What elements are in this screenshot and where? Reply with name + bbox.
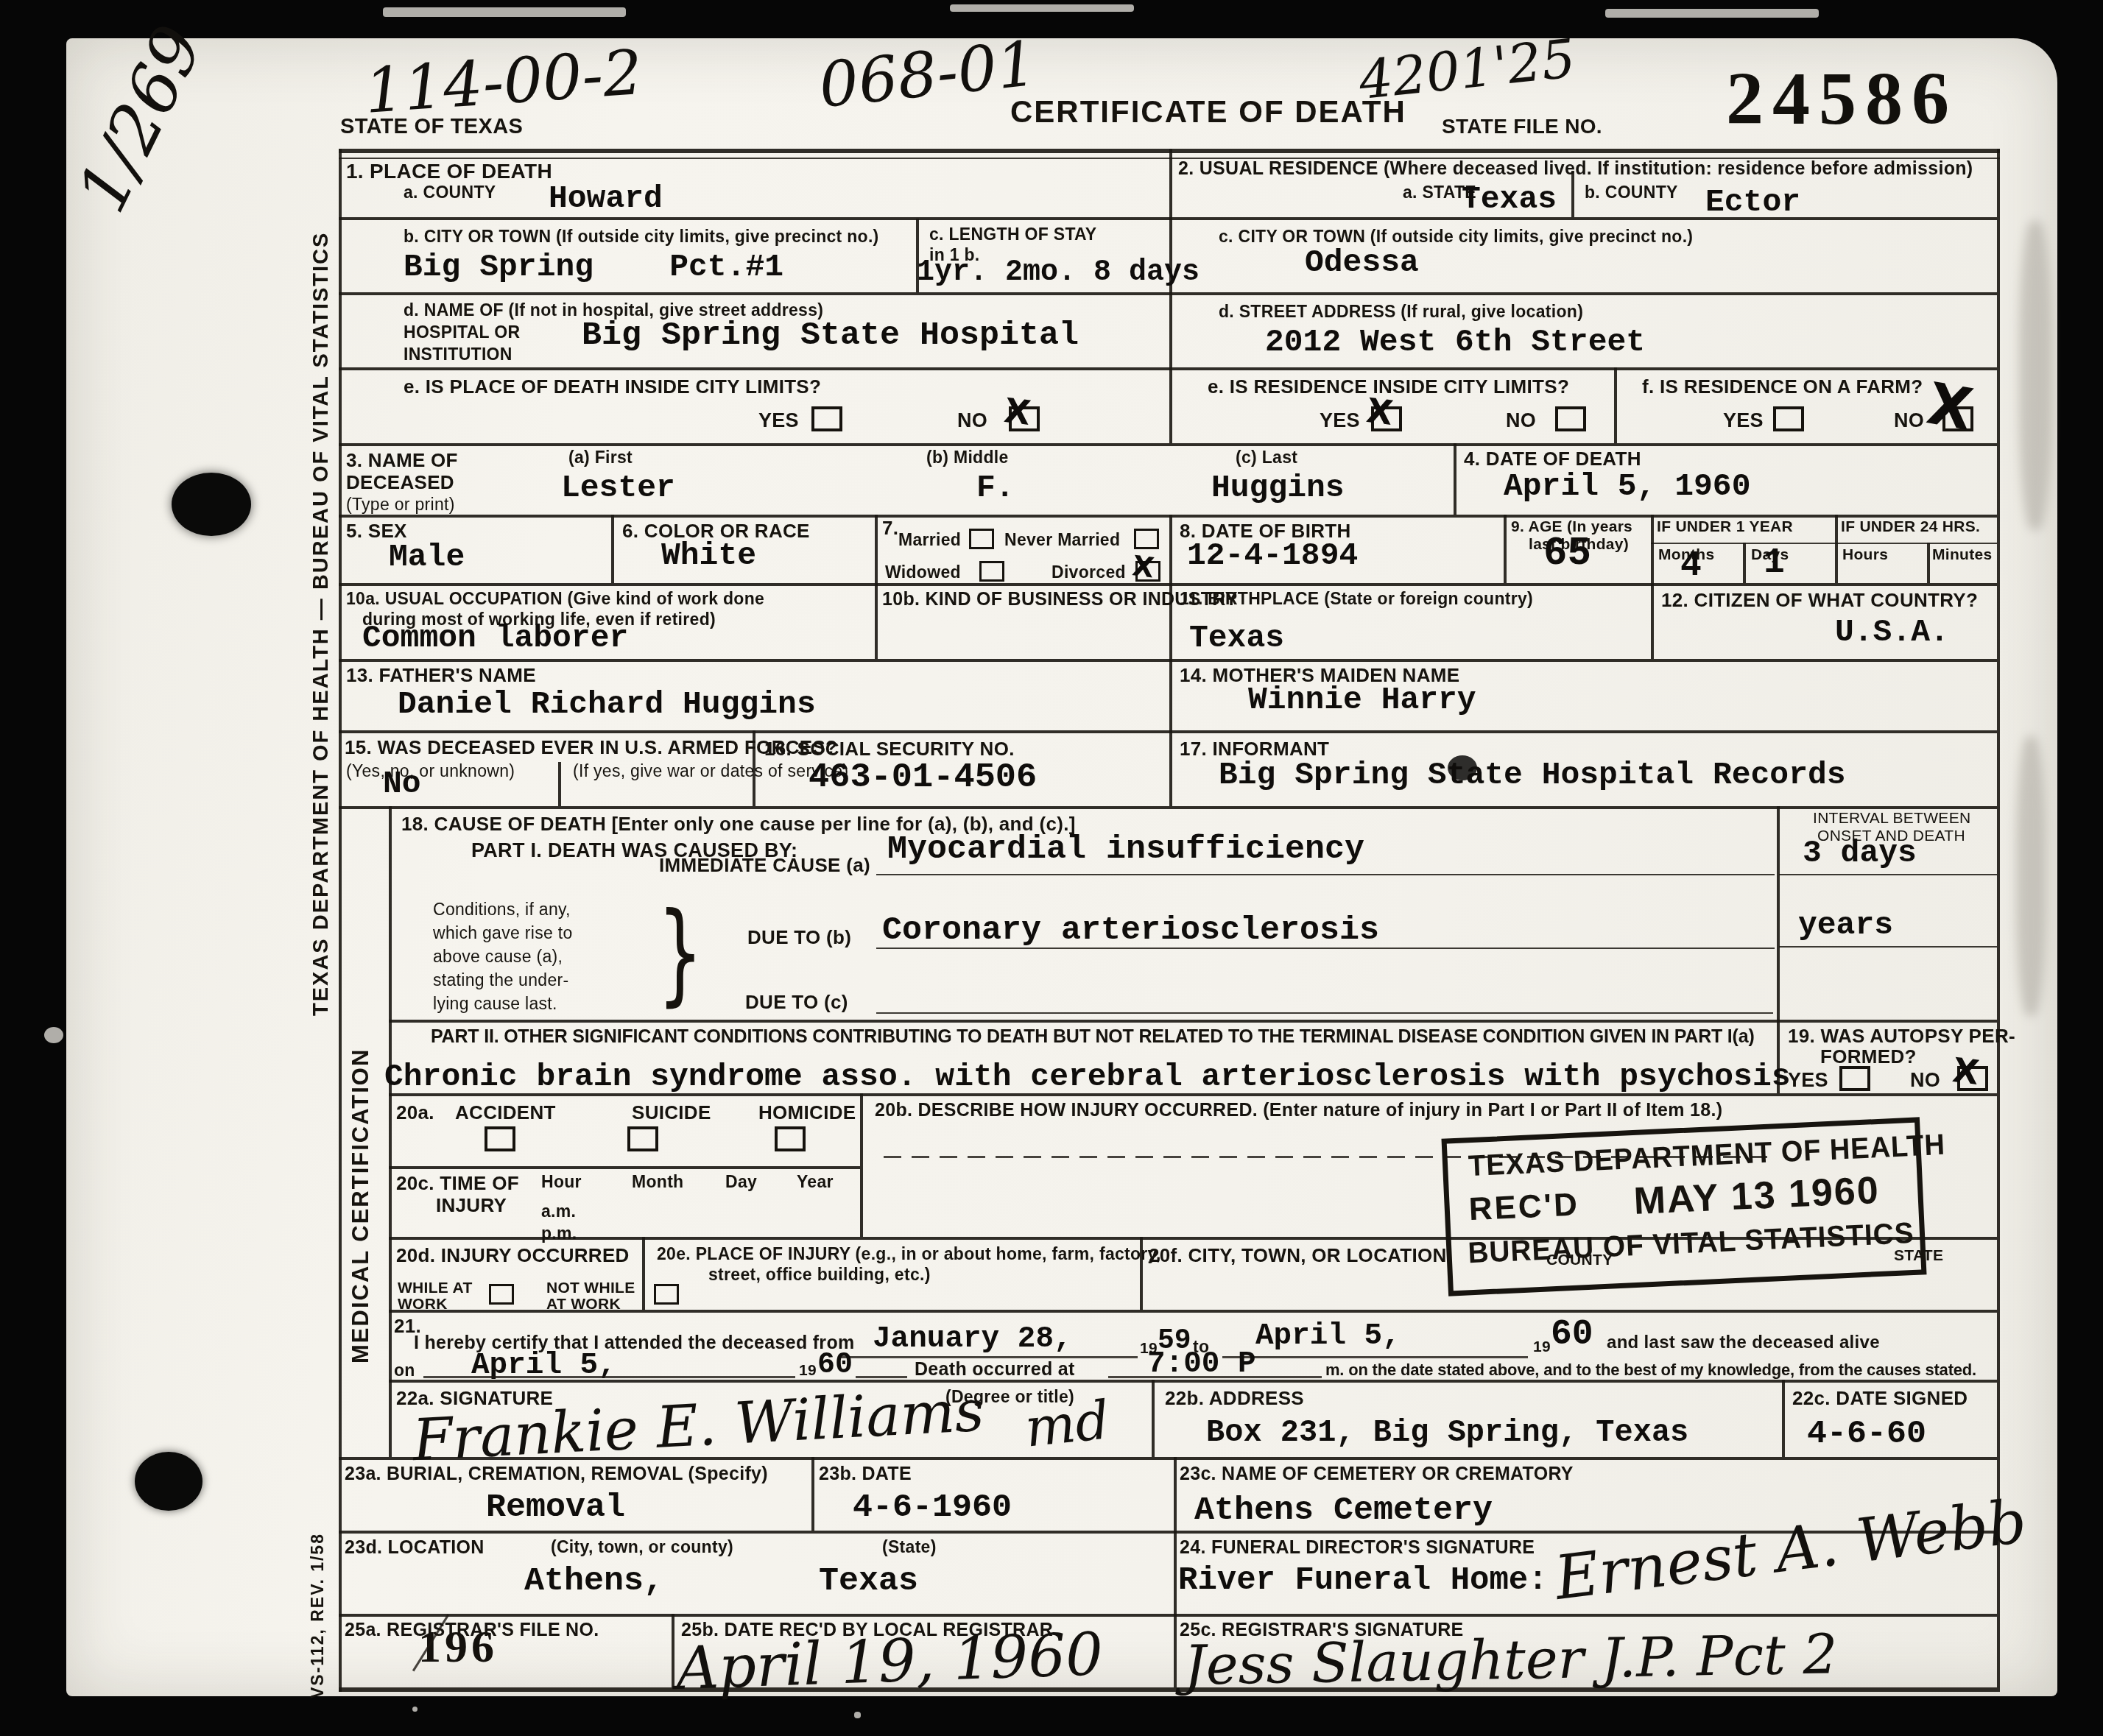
father-value: Daniel Richard Huggins <box>398 686 816 722</box>
state-file-no-label: STATE FILE NO. <box>1442 115 1602 138</box>
rule-line <box>1779 874 1997 875</box>
occupation-label-1: 10a. USUAL OCCUPATION (Give kind of work… <box>346 589 764 609</box>
never-married-label: Never Married <box>1004 530 1120 550</box>
checkbox-suicide <box>627 1126 658 1151</box>
brace-glyph: } <box>658 889 703 1017</box>
punch-hole <box>172 473 251 536</box>
death-occurred-label: Death occurred at <box>915 1359 1075 1380</box>
grid-line <box>1174 1614 1177 1687</box>
county-label: a. COUNTY <box>404 183 496 202</box>
injury-occurred-label: 20d. INJURY OCCURRED <box>396 1244 630 1267</box>
not-while-at-work-label-1: NOT WHILE <box>546 1280 635 1297</box>
grid-line <box>1997 149 2000 1692</box>
hospital-label-3: INSTITUTION <box>404 345 512 364</box>
race-value: White <box>661 537 756 574</box>
immediate-cause-label: IMMEDIATE CAUSE (a) <box>659 854 870 877</box>
due-to-c-label: DUE TO (c) <box>745 991 848 1014</box>
check-mark: X <box>1951 1050 1982 1093</box>
grid-line <box>1454 443 1456 515</box>
not-while-at-work-label-2: AT WORK <box>546 1296 621 1313</box>
stamp-recd: REC'D <box>1468 1186 1580 1228</box>
no-label: NO <box>1910 1069 1940 1092</box>
due-to-b-label: DUE TO (b) <box>747 926 851 949</box>
grid-line <box>642 1237 645 1310</box>
burial-date-value: 4-6-1960 <box>853 1489 1012 1526</box>
edge-bleed-smudge <box>2019 221 2051 530</box>
part2-value: Chronic brain syndrome asso. with cerebr… <box>384 1059 1791 1095</box>
grid-line <box>811 1457 814 1531</box>
checkbox-accident <box>485 1126 515 1151</box>
county-label: b. COUNTY <box>1585 183 1678 202</box>
received-stamp: TEXAS DEPARTMENT OF HEALTH REC'D MAY 13 … <box>1441 1117 1926 1296</box>
age-value: 65 <box>1543 532 1591 576</box>
yes-label: YES <box>1788 1069 1828 1092</box>
grid-line <box>339 730 1997 733</box>
margin-form-number: VS-112, REV. 1/58 <box>308 1525 328 1698</box>
last-seen-year: 60 <box>817 1349 853 1382</box>
hour-label: Hour <box>541 1172 582 1192</box>
grid-line <box>1504 515 1507 583</box>
last-name-label: (c) Last <box>1236 448 1297 467</box>
conditions-note-1: Conditions, if any, <box>433 900 571 920</box>
grid-line <box>1777 806 1780 1093</box>
hospital-value: Big Spring State Hospital <box>582 317 1079 354</box>
grid-line <box>1835 515 1838 583</box>
location-state-value: Texas <box>819 1562 918 1600</box>
grid-line <box>1651 583 1654 659</box>
check-mark: X <box>1130 549 1155 584</box>
autopsy-label-1: 19. WAS AUTOPSY PER- <box>1788 1025 2015 1048</box>
grid-line <box>611 515 614 583</box>
answer-line <box>856 1376 907 1378</box>
grid-line <box>1169 149 1172 443</box>
rule-line <box>876 1012 1773 1014</box>
film-speck <box>412 1707 418 1712</box>
location-label: 23d. LOCATION <box>345 1537 485 1559</box>
film-streak <box>383 7 626 17</box>
length-of-stay-label: c. LENGTH OF STAY <box>929 225 1096 244</box>
state-file-number: 24586 <box>1726 56 1958 142</box>
conditions-note-3: above cause (a), <box>433 947 563 967</box>
sex-value: Male <box>389 539 465 575</box>
date-of-death-label: 4. DATE OF DEATH <box>1464 448 1641 470</box>
grid-line <box>875 515 878 583</box>
place-of-injury-label-1: 20e. PLACE OF INJURY (e.g., in or about … <box>657 1244 1161 1264</box>
time-of-injury-label-1: 20c. TIME OF <box>396 1172 519 1195</box>
armed-forces-label: 15. WAS DECEASED EVER IN U.S. ARMED FORC… <box>345 736 837 759</box>
checkbox-place-limits-yes <box>811 406 842 431</box>
checkbox-widowed <box>979 561 1004 582</box>
year-label: Year <box>797 1172 834 1192</box>
funeral-director-label: 24. FUNERAL DIRECTOR'S SIGNATURE <box>1180 1537 1535 1559</box>
yes-label: YES <box>1723 409 1764 432</box>
field-label-3: (Type or print) <box>346 495 455 515</box>
part2-label: PART II. OTHER SIGNIFICANT CONDITIONS CO… <box>431 1026 1755 1048</box>
am-label: a.m. <box>541 1202 576 1221</box>
armed-forces-value: No <box>383 766 421 802</box>
burial-type-label: 23a. BURIAL, CREMATION, REMOVAL (Specify… <box>345 1464 768 1485</box>
attended-to-date: April 5, <box>1255 1319 1401 1353</box>
no-label: NO <box>1894 409 1924 432</box>
interval-b-value: years <box>1798 907 1893 943</box>
birthplace-label: 11. BIRTHPLACE (State or foreign country… <box>1180 589 1533 609</box>
answer-line <box>839 1356 1138 1358</box>
degree-script: md <box>1022 1389 1113 1458</box>
conditions-note-2: which gave rise to <box>433 923 573 943</box>
citizen-label: 12. CITIZEN OF WHAT COUNTRY? <box>1661 589 1978 612</box>
accident-label: ACCIDENT <box>455 1101 556 1124</box>
grid-line <box>672 1614 674 1687</box>
while-at-work-label-2: WORK <box>398 1296 448 1313</box>
grid-line <box>339 149 342 1692</box>
date-of-death-value: April 5, 1960 <box>1504 468 1750 504</box>
rule-line <box>1779 946 1997 948</box>
film-speck <box>44 1027 63 1043</box>
checkbox-not-while-at-work <box>654 1284 679 1305</box>
homicide-label: HOMICIDE <box>758 1101 856 1124</box>
months-value: 4 <box>1680 546 1702 586</box>
grid-line <box>1174 1531 1177 1614</box>
interval-label-1: INTERVAL BETWEEN <box>1813 810 1970 828</box>
middle-name-label: (b) Middle <box>926 448 1009 467</box>
due-to-b-value: Coronary arteriosclerosis <box>882 911 1379 949</box>
father-label: 13. FATHER'S NAME <box>346 664 536 687</box>
grid-line <box>1743 543 1746 583</box>
cemetery-value: Athens Cemetery <box>1194 1492 1493 1529</box>
margin-agency-text: TEXAS DEPARTMENT OF HEALTH — BUREAU OF V… <box>309 236 334 1016</box>
burial-date-label: 23b. DATE <box>819 1464 912 1485</box>
ssn-label: 16. SOCIAL SECURITY NO. <box>764 738 1015 761</box>
grid-line <box>389 806 392 1457</box>
answer-line <box>1108 1376 1322 1378</box>
attended-from-date: January 28, <box>873 1322 1072 1356</box>
place-of-injury-label-2: street, office building, etc.) <box>708 1265 931 1285</box>
ssn-value: 463-01-4506 <box>809 758 1037 797</box>
grid-line <box>389 1020 1997 1023</box>
grid-line <box>339 515 1997 518</box>
hours-label: Hours <box>1842 546 1888 564</box>
grid-line <box>389 1166 860 1169</box>
item-20a-label: 20a. <box>396 1101 434 1124</box>
describe-injury-label: 20b. DESCRIBE HOW INJURY OCCURRED. (Ente… <box>875 1100 1722 1121</box>
conditions-note-4: stating the under- <box>433 970 568 990</box>
grid-line <box>339 806 1997 809</box>
checkbox-farm-yes <box>1773 406 1804 431</box>
field-label: 3. NAME OF <box>346 449 458 472</box>
location-state-label: (State) <box>882 1537 937 1557</box>
street-label: d. STREET ADDRESS (If rural, give locati… <box>1219 302 1583 322</box>
answer-line <box>423 1376 795 1378</box>
registrar-file-value: 196 <box>418 1621 498 1673</box>
film-streak <box>950 4 1134 12</box>
county-value: Ector <box>1705 184 1800 220</box>
occupation-value: Common laborer <box>362 620 628 656</box>
grid-line <box>339 367 1997 370</box>
state-value: Texas <box>1462 181 1557 217</box>
grid-line <box>875 583 878 659</box>
year-prefix: 19 <box>799 1362 817 1380</box>
citizen-value: U.S.A. <box>1835 614 1949 650</box>
under-24-hrs-label: IF UNDER 24 HRS. <box>1841 518 1980 536</box>
married-label: Married <box>898 530 961 550</box>
punch-hole <box>135 1452 202 1511</box>
date-signed-value: 4-6-60 <box>1807 1415 1926 1453</box>
location-city-label: (City, town, or county) <box>551 1537 733 1557</box>
pm-label: p.m. <box>541 1224 577 1243</box>
immediate-cause-value: Myocardial insufficiency <box>887 830 1364 868</box>
grid-line <box>339 443 1997 446</box>
grid-line <box>339 583 1997 586</box>
grid-line <box>339 659 1997 662</box>
check-mark: X <box>1002 390 1033 433</box>
on-word: on <box>394 1361 415 1380</box>
field-label-2: DECEASED <box>346 471 454 494</box>
grid-line <box>339 1614 1997 1617</box>
scanned-death-certificate: 1/269 TEXAS DEPARTMENT OF HEALTH — BUREA… <box>0 0 2103 1736</box>
minutes-label: Minutes <box>1932 546 1992 564</box>
grid-line <box>1651 543 1997 544</box>
grid-line <box>389 1310 1997 1313</box>
date-signed-label: 22c. DATE SIGNED <box>1792 1387 1968 1410</box>
conditions-note-5: lying cause last. <box>433 994 557 1014</box>
autopsy-label-2: FORMED? <box>1820 1045 1917 1068</box>
stamp-date: MAY 13 1960 <box>1632 1168 1881 1224</box>
page-title: CERTIFICATE OF DEATH <box>1010 94 1406 130</box>
month-label: Month <box>632 1172 683 1192</box>
mother-value: Winnie Harry <box>1248 682 1476 718</box>
middle-name-value: F. <box>976 470 1015 506</box>
grid-line <box>1614 367 1617 443</box>
divorced-label: Divorced <box>1051 562 1126 582</box>
address-value: Box 231, Big Spring, Texas <box>1206 1415 1688 1450</box>
funeral-home-value: River Funeral Home: <box>1178 1562 1548 1599</box>
first-name-label: (a) First <box>568 448 633 467</box>
length-of-stay-value: 1yr. 2mo. 8 days <box>917 256 1200 289</box>
margin-medical-certification-text: MEDICAL CERTIFICATION <box>348 1032 374 1363</box>
under-1-year-label: IF UNDER 1 YEAR <box>1657 518 1793 536</box>
first-name-value: Lester <box>561 470 675 506</box>
grid-line <box>1169 515 1172 806</box>
checkbox-residence-limits-no <box>1555 406 1586 431</box>
grid-line <box>1174 1457 1177 1531</box>
street-value: 2012 West 6th Street <box>1265 324 1645 360</box>
checkbox-homicide <box>775 1126 806 1151</box>
certify-text-2: and last saw the deceased alive <box>1607 1333 1880 1353</box>
checkbox-married <box>969 529 994 549</box>
grid-line <box>1651 515 1654 583</box>
checkbox-never-married <box>1134 529 1159 549</box>
year-prefix: 19 <box>1533 1338 1551 1356</box>
no-label: NO <box>1506 409 1536 432</box>
suicide-label: SUICIDE <box>632 1101 711 1124</box>
city-value: Odessa <box>1305 244 1419 280</box>
yes-label: YES <box>1320 409 1360 432</box>
marital-label: 7. <box>882 517 898 540</box>
day-label: Day <box>725 1172 757 1192</box>
edge-bleed-smudge <box>2016 736 2046 1016</box>
film-speck <box>854 1712 861 1718</box>
grid-line <box>339 292 1997 295</box>
state-of-texas-label: STATE OF TEXAS <box>340 115 523 139</box>
grid-line <box>1152 1380 1155 1457</box>
time-of-injury-label-2: INJURY <box>436 1194 507 1217</box>
days-value: 1 <box>1764 543 1785 583</box>
film-streak <box>1605 9 1819 18</box>
hospital-label-2: HOSPITAL OR <box>404 322 520 342</box>
location-city-value: Athens, <box>524 1562 663 1600</box>
city-limits-label: e. IS PLACE OF DEATH INSIDE CITY LIMITS? <box>404 375 821 398</box>
city-label: b. CITY OR TOWN (If outside city limits,… <box>404 227 879 247</box>
grid-line <box>1782 1380 1785 1457</box>
city-value: Big Spring Pct.#1 <box>404 249 783 285</box>
birthplace-value: Texas <box>1189 620 1284 656</box>
armed-forces-sublabel-1: (Yes, no, or unknown) <box>346 761 515 781</box>
registrar-signature: Jess Slaughter J.P. Pct 2 <box>1183 1623 1838 1697</box>
grid-line <box>339 1687 1997 1692</box>
grid-line <box>1927 543 1930 583</box>
checkbox-autopsy-yes <box>1839 1066 1870 1091</box>
field-label: 2. USUAL RESIDENCE (Where deceased lived… <box>1178 158 1973 180</box>
field-label: 1. PLACE OF DEATH <box>346 160 552 183</box>
city-label: c. CITY OR TOWN (If outside city limits,… <box>1219 227 1693 247</box>
widowed-label: Widowed <box>885 562 961 582</box>
cemetery-label: 23c. NAME OF CEMETERY OR CREMATORY <box>1180 1464 1574 1485</box>
farm-label: f. IS RESIDENCE ON A FARM? <box>1642 375 1923 398</box>
answer-line <box>1222 1356 1528 1358</box>
burial-type-value: Removal <box>486 1489 625 1526</box>
yes-label: YES <box>758 409 799 432</box>
no-label: NO <box>957 409 987 432</box>
city-town-location-label: 20f. CITY, TOWN, OR LOCATION <box>1149 1244 1447 1267</box>
certify-text-3: m. on the date stated above, and to the … <box>1325 1361 1976 1380</box>
county-value: Howard <box>549 180 663 216</box>
armed-forces-sublabel-2: (If yes, give war or dates of service) <box>573 761 848 781</box>
grid-line <box>558 762 561 806</box>
interval-a-value: 3 days <box>1803 835 1917 871</box>
informant-value: Big Spring State Hospital Records <box>1219 757 1846 793</box>
check-mark: X <box>1364 390 1395 433</box>
attended-to-year: 60 <box>1551 1315 1593 1355</box>
rule-line <box>876 874 1775 875</box>
date-of-birth-value: 12-4-1894 <box>1187 537 1358 574</box>
address-label: 22b. ADDRESS <box>1165 1387 1304 1410</box>
grid-line <box>860 1093 863 1237</box>
while-at-work-label-1: WHILE AT <box>398 1280 473 1297</box>
last-name-value: Huggins <box>1211 470 1345 506</box>
checkbox-while-at-work <box>489 1284 514 1305</box>
